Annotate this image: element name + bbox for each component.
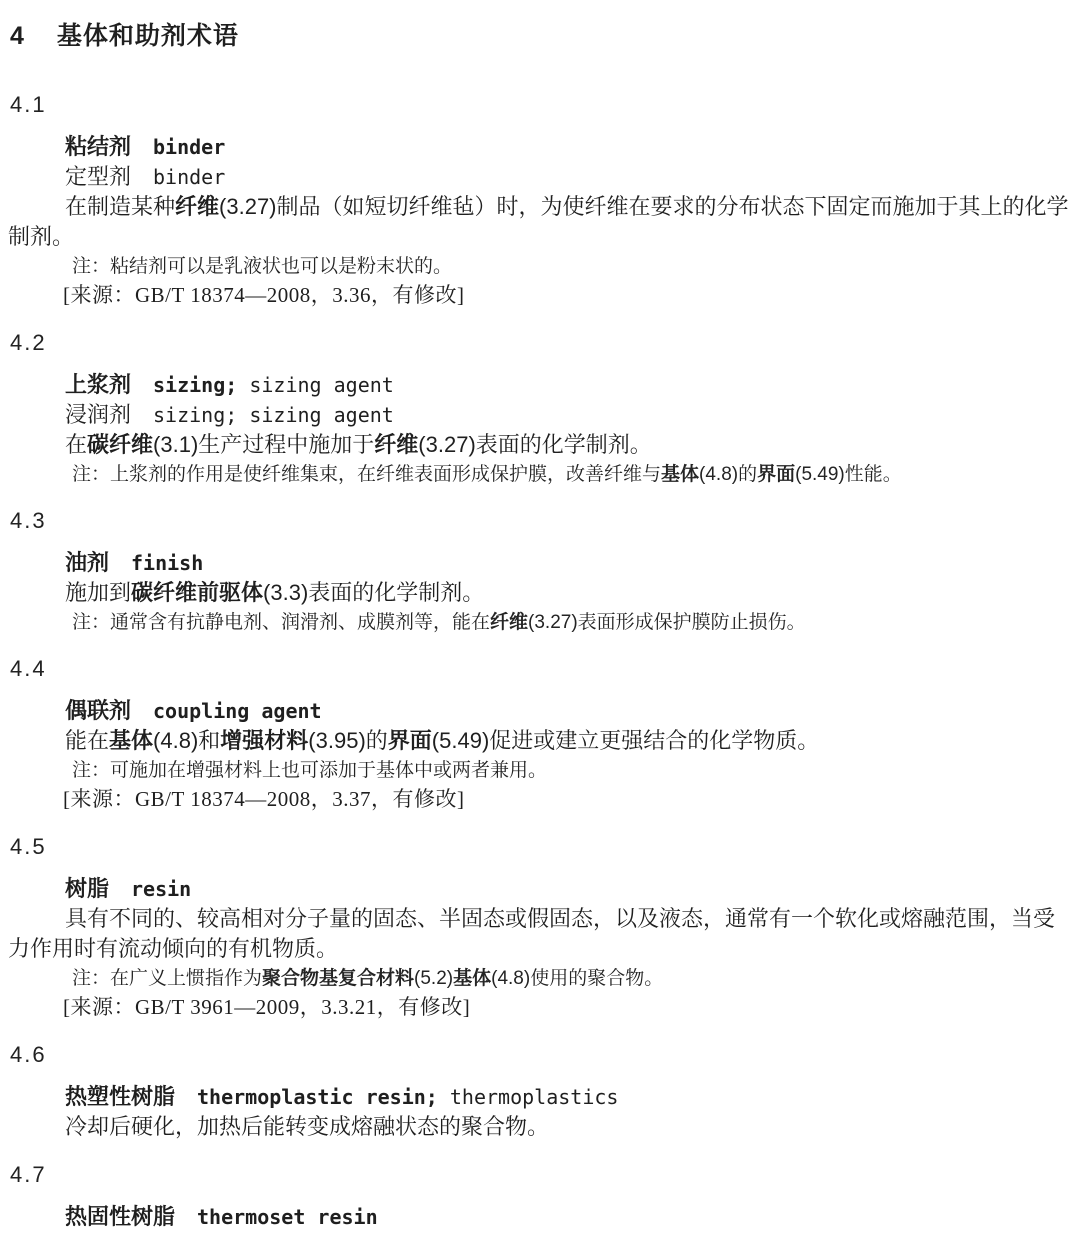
text-run: (5.49)性能。 [795,464,902,485]
term-english: sizing; sizing agent [153,403,394,427]
definition: 在碳纤维(3.1)生产过程中施加于纤维(3.27)表面的化学制剂。 [8,430,1072,460]
term-english: resin [131,877,191,901]
section-body: 热塑性树脂thermoplastic resin; thermoplastics… [8,1082,1072,1142]
text-run: 定型剂 [65,164,131,189]
section-body: 偶联剂coupling agent能在基体(4.8)和增强材料(3.95)的界面… [8,696,1072,814]
definition: 具有不同的、较高相对分子量的固态、半固态或假固态，以及液态，通常有一个软化或熔融… [8,904,1072,964]
text-run: 具有不同的、较高相对分子量的固态、半固态或假固态，以及液态，通常有一个软化或熔融… [8,906,1055,961]
bold-term-ref: 基体 [661,464,699,485]
bold-term-ref: 碳纤维 [87,432,153,457]
term-english: thermoset resin [197,1205,378,1229]
bold-term-ref: 纤维 [374,432,418,457]
bold-term-ref: 增强材料 [220,728,308,753]
bold-term-ref: 粘结剂 [65,134,131,159]
term-line: 树脂resin [8,874,1072,904]
section-number: 4.5 [10,834,1072,860]
definition: 施加到碳纤维前驱体(3.3)表面的化学制剂。 [8,578,1072,608]
term-line: 热固性树脂thermoset resin [8,1202,1072,1232]
section-number: 4.3 [10,508,1072,534]
term-section: 4.1 粘结剂binder定型剂binder在制造某种纤维(3.27)制品（如短… [8,92,1072,310]
term-line: 上浆剂sizing; sizing agent [8,370,1072,400]
text-run: (4.8)和 [153,728,220,753]
text-run: (3.27)表面的化学制剂。 [418,432,651,457]
text-run: 注：可施加在增强材料上也可添加于基体中或两者兼用。 [72,760,547,781]
text-run: 能在 [65,728,109,753]
bold-term-ref: 热塑性树脂 [65,1084,175,1109]
term-line: 偶联剂coupling agent [8,696,1072,726]
bold-term-ref: 基体 [109,728,153,753]
text-run: (3.27)表面形成保护膜防止损伤。 [528,612,806,633]
text-run: 在制造某种 [65,194,175,219]
term-english: binder [153,135,225,159]
term-section: 4.5 树脂resin具有不同的、较高相对分子量的固态、半固态或假固态，以及液态… [8,834,1072,1022]
section-number: 4.4 [10,656,1072,682]
bold-term-ref: 聚合物基复合材料 [262,968,414,989]
note: 注：上浆剂的作用是使纤维集束，在纤维表面形成保护膜，改善纤维与基体(4.8)的界… [8,462,1072,488]
text-run: (5.49)促进或建立更强结合的化学物质。 [432,728,819,753]
text-run: 注：上浆剂的作用是使纤维集束，在纤维表面形成保护膜，改善纤维与 [72,464,661,485]
bold-term-ref: 油剂 [65,550,109,575]
term-english: sizing; [153,373,237,397]
text-run: (3.95)的 [308,728,387,753]
section-number: 4.6 [10,1042,1072,1068]
bold-term-ref: 树脂 [65,876,109,901]
text-run: [来源：GB/T 18374—2008，3.37，有修改] [63,787,464,811]
synonym-line: 浸润剂sizing; sizing agent [8,400,1072,430]
term-line: 热塑性树脂thermoplastic resin; thermoplastics [8,1082,1072,1112]
term-line: 粘结剂binder [8,132,1072,162]
text-run: (4.8)的 [699,464,757,485]
section-body: 粘结剂binder定型剂binder在制造某种纤维(3.27)制品（如短切纤维毡… [8,132,1072,310]
term-section: 4.4 偶联剂coupling agent能在基体(4.8)和增强材料(3.95… [8,656,1072,814]
term-english: thermoplastic resin; [197,1085,438,1109]
bold-term-ref: 上浆剂 [65,372,131,397]
chapter-heading: 4 基体和助剂术语 [10,16,1072,52]
sections-container: 4.1 粘结剂binder定型剂binder在制造某种纤维(3.27)制品（如短… [8,92,1072,1232]
text-run: 注：粘结剂可以是乳液状也可以是粉末状的。 [72,256,452,277]
section-body: 油剂finish施加到碳纤维前驱体(3.3)表面的化学制剂。注：通常含有抗静电剂… [8,548,1072,636]
term-section: 4.6 热塑性树脂thermoplastic resin; thermoplas… [8,1042,1072,1142]
note: 注：粘结剂可以是乳液状也可以是粉末状的。 [8,254,1072,280]
bold-term-ref: 碳纤维前驱体 [131,580,263,605]
section-body: 热固性树脂thermoset resin [8,1202,1072,1232]
text-run: 注：通常含有抗静电剂、润滑剂、成膜剂等，能在 [72,612,490,633]
section-number: 4.1 [10,92,1072,118]
source-line: [来源：GB/T 18374—2008，3.36，有修改] [8,280,1072,310]
text-run: 浸润剂 [65,402,131,427]
synonym-line: 定型剂binder [8,162,1072,192]
bold-term-ref: 基体 [453,968,491,989]
source-line: [来源：GB/T 18374—2008，3.37，有修改] [8,784,1072,814]
chapter-title: 基体和助剂术语 [57,22,239,50]
text-run: [来源：GB/T 18374—2008，3.36，有修改] [63,283,464,307]
note: 注：在广义上惯指作为聚合物基复合材料(5.2)基体(4.8)使用的聚合物。 [8,966,1072,992]
note: 注：可施加在增强材料上也可添加于基体中或两者兼用。 [8,758,1072,784]
text-run: (3.3)表面的化学制剂。 [263,580,484,605]
section-body: 上浆剂sizing; sizing agent浸润剂sizing; sizing… [8,370,1072,488]
definition: 在制造某种纤维(3.27)制品（如短切纤维毡）时，为使纤维在要求的分布状态下固定… [8,192,1072,252]
text-run: 施加到 [65,580,131,605]
note: 注：通常含有抗静电剂、润滑剂、成膜剂等，能在纤维(3.27)表面形成保护膜防止损… [8,610,1072,636]
bold-term-ref: 热固性树脂 [65,1204,175,1229]
bold-term-ref: 纤维 [490,612,528,633]
text-run: [来源：GB/T 3961—2009，3.3.21，有修改] [63,995,470,1019]
term-section: 4.7 热固性树脂thermoset resin [8,1162,1072,1232]
section-number: 4.7 [10,1162,1072,1188]
text-run: (4.8)使用的聚合物。 [491,968,663,989]
definition: 能在基体(4.8)和增强材料(3.95)的界面(5.49)促进或建立更强结合的化… [8,726,1072,756]
text-run: 注：在广义上惯指作为 [72,968,262,989]
text-run: 在 [65,432,87,457]
bold-term-ref: 界面 [388,728,432,753]
term-english: coupling agent [153,699,322,723]
bold-term-ref: 偶联剂 [65,698,131,723]
bold-term-ref: 界面 [757,464,795,485]
bold-term-ref: 纤维 [175,194,219,219]
term-section: 4.2 上浆剂sizing; sizing agent浸润剂sizing; si… [8,330,1072,488]
term-english: binder [153,165,225,189]
text-run: (3.1)生产过程中施加于 [153,432,374,457]
text-run: (5.2) [414,968,453,989]
term-line: 油剂finish [8,548,1072,578]
term-english: sizing agent [237,373,394,397]
text-run: 冷却后硬化，加热后能转变成熔融状态的聚合物。 [65,1114,549,1139]
section-number: 4.2 [10,330,1072,356]
section-body: 树脂resin具有不同的、较高相对分子量的固态、半固态或假固态，以及液态，通常有… [8,874,1072,1022]
source-line: [来源：GB/T 3961—2009，3.3.21，有修改] [8,992,1072,1022]
definition: 冷却后硬化，加热后能转变成熔融状态的聚合物。 [8,1112,1072,1142]
term-section: 4.3 油剂finish施加到碳纤维前驱体(3.3)表面的化学制剂。注：通常含有… [8,508,1072,636]
term-english: thermoplastics [438,1085,619,1109]
document-page: 4 基体和助剂术语 4.1 粘结剂binder定型剂binder在制造某种纤维(… [8,16,1072,1232]
term-english: finish [131,551,203,575]
chapter-number: 4 [10,22,25,50]
